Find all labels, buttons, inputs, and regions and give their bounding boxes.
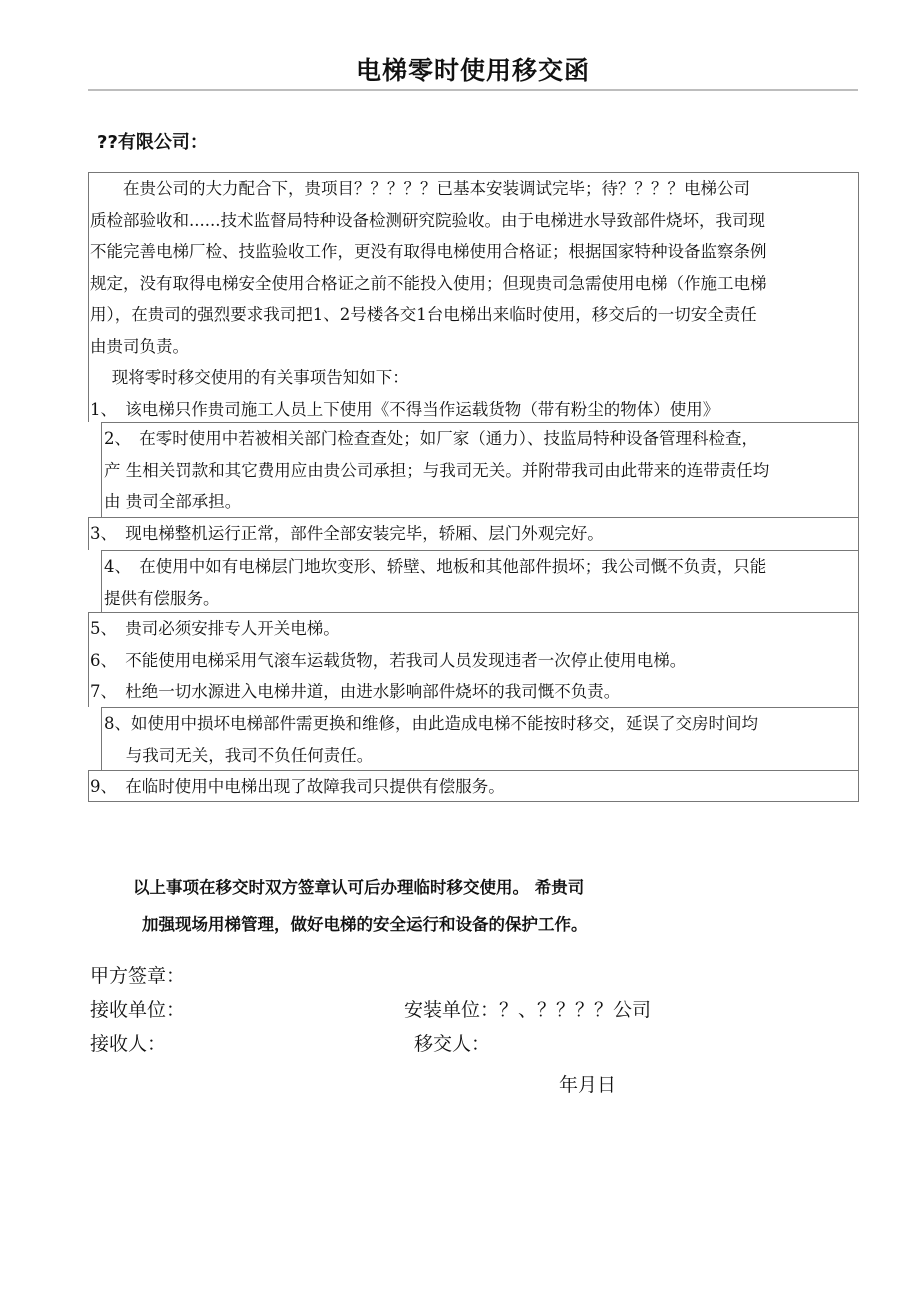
addressee: ??有限公司： [97,130,208,156]
item-2-line: 2、 在零时使用中若被相关部门检查查处；如厂家（通力）、技监局特种设备管理科检查… [104,423,858,455]
item-8-line: 与我司无关，我司不负任何责任。 [104,740,858,771]
items-5-7-box: 5、 贵司必须安排专人开关电梯。 6、 不能使用电梯采用气滚车运载货物，若我司人… [88,612,859,707]
installation-unit-label: 安装单位：？、？？？？公司 [404,997,651,1023]
item-4-line: 提供有偿服务。 [104,583,858,613]
intro-line: 质检部验收和......技术监督局特种设备检测研究院验收。由于电梯进水导致部件烧… [90,205,858,237]
transferrer-label: 移交人： [414,1031,490,1057]
item-3-box: 3、 现电梯整机运行正常，部件全部安装完毕，轿厢、层门外观完好。 [88,517,859,550]
item-8-line: 8、如使用中损坏电梯部件需更换和维修，由此造成电梯不能按时移交，延误了交房时间均 [104,708,858,740]
intro-line: 在贵公司的大力配合下，贵项目？？？？？已基本安装调试完毕；待？？？？电梯公司 [90,173,858,205]
party-a-seal-label: 甲方签章： [90,963,185,989]
intro-box: 在贵公司的大力配合下，贵项目？？？？？已基本安装调试完毕；待？？？？电梯公司 质… [88,172,859,422]
item-2-line: 产 生相关罚款和其它费用应由贵公司承担；与我司无关。并附带我司由此带来的连带责任… [104,455,858,487]
item-4-box: 4、 在使用中如有电梯层门地坎变形、轿壁、地板和其他部件损坏；我公司慨不负责，只… [101,550,859,612]
item-5-line: 5、 贵司必须安排专人开关电梯。 [90,613,858,645]
item-3-line: 3、 现电梯整机运行正常，部件全部安装完毕，轿厢、层门外观完好。 [90,518,858,550]
item-2-box: 2、 在零时使用中若被相关部门检查查处；如厂家（通力）、技监局特种设备管理科检查… [101,422,859,517]
item-9-line: 9、 在临时使用中电梯出现了故障我司只提供有偿服务。 [90,771,858,802]
title-rule [88,89,858,91]
intro-line: 现将零时移交使用的有关事项告知如下： [90,362,858,394]
intro-line: 由贵司负责。 [90,331,858,363]
intro-line: 用），在贵司的强烈要求我司把1、2号楼各交1台电梯出来临时使用，移交后的一切安全… [90,299,858,331]
item-7-line: 7、 杜绝一切水源进入电梯井道，由进水影响部件烧坏的我司慨不负责。 [90,676,858,707]
date-label: 年月日 [559,1072,616,1098]
receiving-unit-label: 接收单位： [90,997,185,1023]
document-title: 电梯零时使用移交函 [88,54,858,88]
item-8-box: 8、如使用中损坏电梯部件需更换和维修，由此造成电梯不能按时移交，延误了交房时间均… [101,707,859,770]
intro-line: 不能完善电梯厂检、技监验收工作，更没有取得电梯使用合格证；根据国家特种设备监察条… [90,236,858,268]
item-9-box: 9、 在临时使用中电梯出现了故障我司只提供有偿服务。 [88,770,859,802]
item-6-line: 6、 不能使用电梯采用气滚车运载货物，若我司人员发现违者一次停止使用电梯。 [90,645,858,677]
intro-line: 规定，没有取得电梯安全使用合格证之前不能投入使用；但现贵司急需使用电梯（作施工电… [90,268,858,300]
item-4-line: 4、 在使用中如有电梯层门地坎变形、轿壁、地板和其他部件损坏；我公司慨不负责，只… [104,551,858,583]
closing-line-1: 以上事项在移交时双方签章认可后办理临时移交使用。 希贵司 [133,876,584,900]
item-2-line: 由 贵司全部承担。 [104,486,858,517]
receiver-label: 接收人： [90,1031,166,1057]
closing-line-2: 加强现场用梯管理，做好电梯的安全运行和设备的保护工作。 [142,913,588,937]
item-1: 1、 该电梯只作贵司施工人员上下使用《不得当作运载货物（带有粉尘的物体）使用》 [90,394,858,423]
